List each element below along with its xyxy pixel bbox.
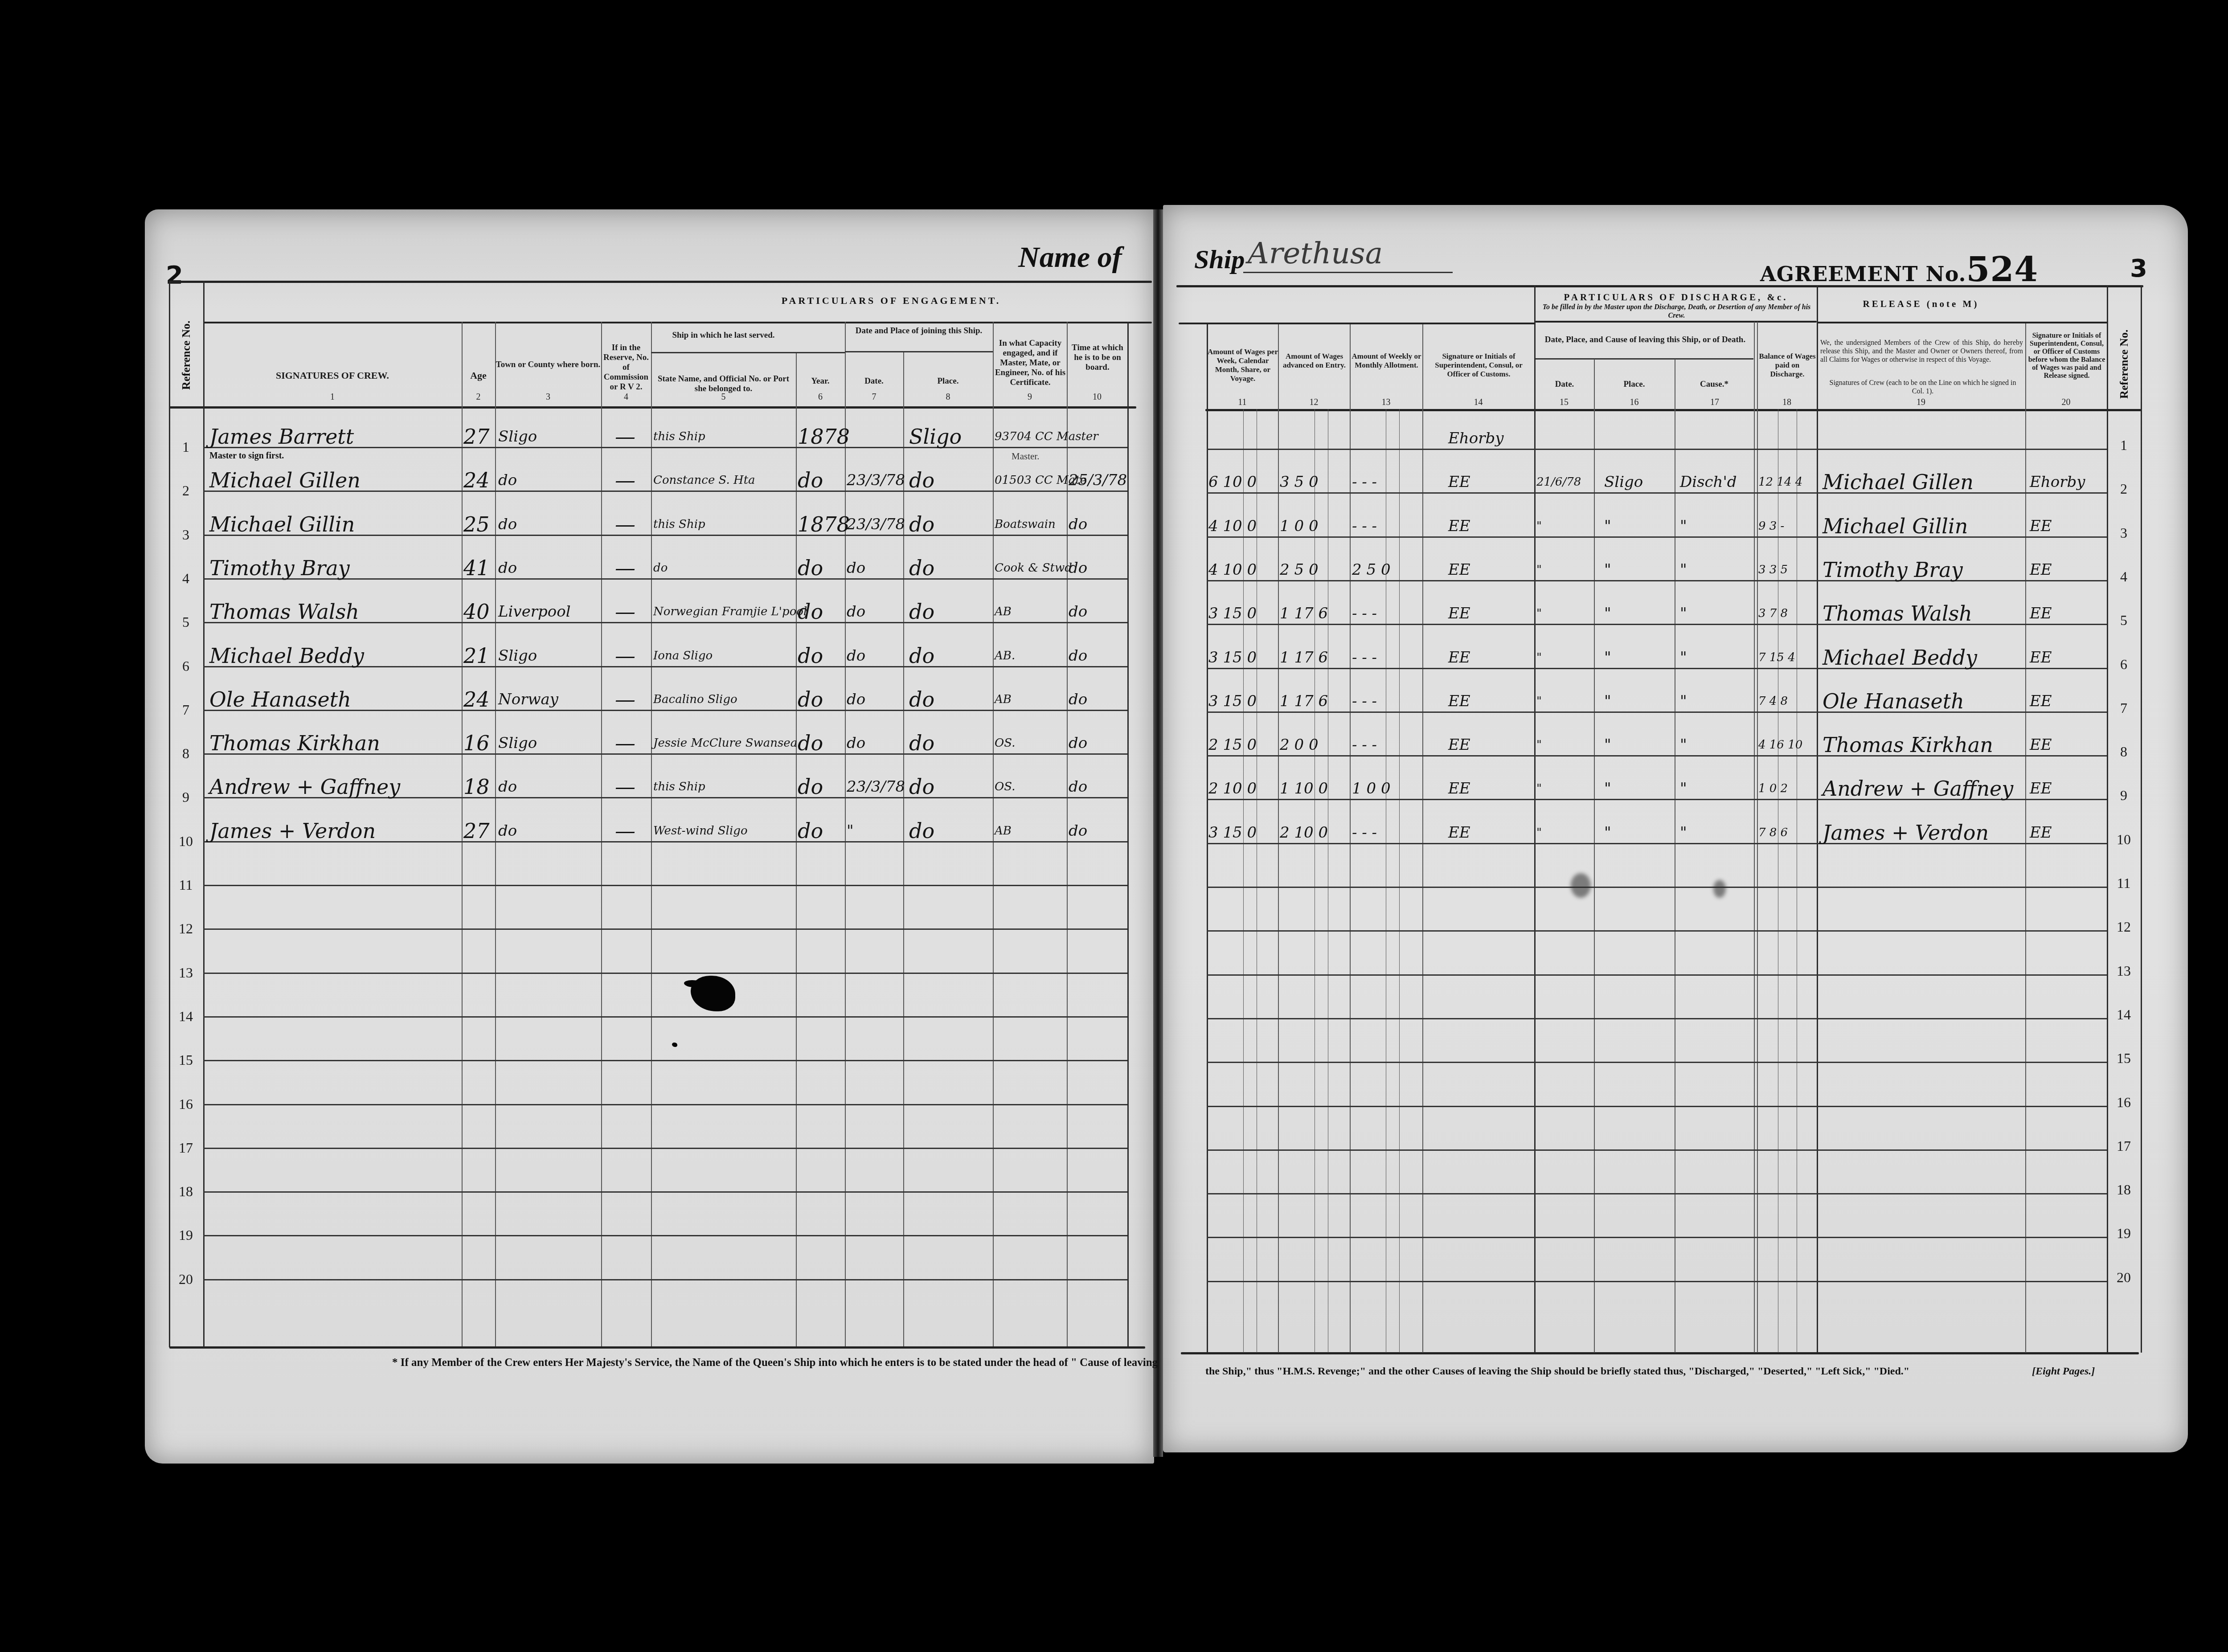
- crew-signature: Thomas Kirkhan: [209, 732, 380, 754]
- col-divider: [1757, 322, 1758, 1353]
- left-header-rule: [203, 322, 1152, 323]
- allotment: - - -: [1352, 515, 1377, 537]
- wage-rate: 2 15 0: [1208, 734, 1257, 756]
- capacity: Cook & Stwd: [995, 557, 1072, 579]
- header-year: Year.: [796, 376, 845, 386]
- reference-number: 8: [2110, 744, 2137, 760]
- col-divider: [203, 281, 205, 1347]
- ink-dot: [672, 1043, 677, 1047]
- header-time-on-board: Time at which he is to be on board.: [1068, 343, 1127, 372]
- officer-initials: EE: [2030, 690, 2052, 712]
- reference-number: 5: [172, 614, 199, 630]
- superintendent-initials: EE: [1448, 471, 1470, 493]
- money-subcolumn-line: [1315, 409, 1315, 1353]
- join-year: 1878: [798, 513, 850, 536]
- header-age: Age: [462, 370, 495, 381]
- reference-number: 19: [2110, 1225, 2137, 1242]
- join-year: do: [798, 732, 823, 754]
- allotment: - - -: [1352, 734, 1377, 756]
- header-balance: Balance of Wages paid on Discharge.: [1758, 352, 1817, 379]
- discharge-place: ": [1604, 734, 1611, 756]
- last-ship: this Ship: [653, 425, 705, 448]
- balance-paid: 7 4 8: [1758, 690, 1788, 712]
- reference-number: 11: [2110, 875, 2137, 891]
- birthplace: Sligo: [498, 732, 537, 754]
- join-date: ": [847, 820, 854, 842]
- join-place: do: [909, 557, 934, 579]
- right-border: [2141, 285, 2142, 1353]
- header-discharge-date: Date.: [1535, 380, 1594, 389]
- advance: 1 17 6: [1280, 602, 1328, 625]
- reference-number: 11: [172, 877, 199, 893]
- capacity: 93704 CC Master: [995, 425, 1098, 448]
- money-subcolumn-line: [1243, 409, 1244, 1353]
- discharge-place: ": [1604, 646, 1611, 669]
- join-date: 23/3/78: [847, 776, 905, 798]
- col-divider: [1594, 359, 1595, 1353]
- discharge-place: ": [1604, 690, 1611, 712]
- agreement-label: AGREEMENT No.524: [1760, 249, 2038, 289]
- allotment: 2 5 0: [1352, 559, 1391, 581]
- column-number: 1: [203, 392, 462, 402]
- section-discharge: PARTICULARS OF DISCHARGE, &c.: [1535, 292, 1817, 303]
- discharge-cause: ": [1680, 690, 1687, 712]
- row-rule: [1207, 887, 2107, 888]
- header-place: Place.: [903, 376, 993, 386]
- column-number: 13: [1350, 397, 1422, 408]
- reserve-number: —: [615, 601, 635, 623]
- discharge-date: ": [1536, 515, 1542, 537]
- row-rule: [203, 1235, 1127, 1236]
- time-on-board: do: [1069, 513, 1087, 536]
- age: 27: [463, 820, 490, 842]
- left-header-bottom-rule: [169, 406, 1136, 409]
- col-divider: [495, 322, 496, 1346]
- join-date: do: [847, 601, 865, 623]
- join-place: do: [909, 688, 934, 711]
- reference-number: 12: [172, 920, 199, 937]
- left-border: [169, 281, 170, 1347]
- join-date: do: [847, 557, 865, 579]
- reserve-number: —: [615, 688, 635, 711]
- agreement-number: 524: [1966, 249, 2039, 289]
- advance: 1 0 0: [1280, 515, 1319, 537]
- row-rule: [1207, 1106, 2107, 1107]
- join-date: do: [847, 688, 865, 711]
- balance-paid: 1 0 2: [1758, 777, 1788, 800]
- header-rule: [1179, 323, 1535, 324]
- release-text: We, the undersigned Members of the Crew …: [1820, 339, 2023, 364]
- row-rule: [203, 1016, 1127, 1018]
- discharge-date: ": [1536, 734, 1542, 756]
- column-number: 16: [1594, 397, 1675, 408]
- crew-signature: Michael Gillen: [209, 469, 360, 491]
- officer-initials: EE: [2030, 559, 2052, 581]
- discharge-cause: ": [1680, 734, 1687, 756]
- column-number: 14: [1422, 397, 1534, 408]
- birthplace: Liverpool: [498, 601, 571, 623]
- advance: 2 5 0: [1280, 559, 1319, 581]
- crew-signature: Thomas Walsh: [209, 601, 359, 623]
- reference-number: 10: [2110, 831, 2137, 848]
- birthplace: do: [498, 820, 517, 842]
- discharge-date: ": [1536, 646, 1542, 669]
- section-engagement: PARTICULARS OF ENGAGEMENT.: [758, 295, 1025, 307]
- last-ship: do: [653, 557, 668, 579]
- age: 27: [463, 425, 490, 448]
- balance-paid: 7 8 6: [1758, 822, 1788, 844]
- column-number: 11: [1207, 397, 1278, 408]
- join-year: do: [798, 688, 823, 711]
- capacity: AB.: [995, 645, 1015, 667]
- discharge-cause: ": [1680, 646, 1687, 669]
- stain: [1713, 880, 1726, 898]
- right-header-bottom-rule: [1205, 409, 2141, 411]
- col-divider: [845, 322, 846, 1346]
- join-place: do: [909, 645, 934, 667]
- col-divider: [651, 322, 652, 1346]
- capacity: AB: [995, 601, 1012, 623]
- allotment: 1 0 0: [1352, 777, 1391, 800]
- row-rule: [203, 1148, 1127, 1149]
- superintendent-initials: Ehorby: [1448, 427, 1503, 450]
- reference-number: 1: [172, 439, 199, 455]
- col-divider: [1350, 324, 1351, 1353]
- capacity: OS.: [995, 776, 1015, 798]
- row-rule: [1207, 1018, 2107, 1019]
- allotment: - - -: [1352, 602, 1377, 625]
- column-number: 20: [2025, 397, 2107, 408]
- discharge-cause: ": [1680, 515, 1687, 537]
- reference-number: 10: [172, 833, 199, 850]
- join-year: do: [798, 776, 823, 798]
- discharge-date: 21/6/78: [1536, 471, 1581, 493]
- ship-name-underline: [1243, 272, 1453, 273]
- last-ship: Norwegian Framjie L'pool: [653, 601, 807, 623]
- advance: 2 0 0: [1280, 734, 1319, 756]
- header-reserve: If in the Reserve, No. of Commission or …: [601, 343, 651, 392]
- reference-number: 16: [2110, 1094, 2137, 1111]
- time-on-board: do: [1069, 557, 1087, 579]
- col-divider: [1534, 285, 1536, 1353]
- right-footer-note: the Ship," thus "H.M.S. Revenge;" and th…: [1205, 1366, 1909, 1378]
- col-divider: [2025, 323, 2026, 1353]
- ship-label: Ship: [1194, 244, 1245, 275]
- crew-signature: James Barrett: [209, 425, 354, 448]
- header-rule: [1535, 321, 1817, 323]
- join-place: Sligo: [909, 425, 962, 448]
- join-year: do: [798, 469, 823, 491]
- discharge-date: ": [1536, 602, 1542, 625]
- column-number: 15: [1534, 397, 1594, 408]
- join-date: 23/3/78: [847, 513, 905, 536]
- capacity: OS.: [995, 732, 1015, 754]
- row-rule: [203, 1279, 1127, 1280]
- reference-number: 13: [172, 965, 199, 981]
- allotment: - - -: [1352, 471, 1377, 493]
- reference-number: 18: [172, 1183, 199, 1200]
- row-rule: [1207, 1281, 2107, 1282]
- discharge-date: ": [1536, 777, 1542, 800]
- release-signature: James + Verdon: [1823, 822, 1989, 844]
- advance: 3 5 0: [1280, 471, 1319, 493]
- last-ship: Bacalino Sligo: [653, 688, 737, 711]
- reference-number: 6: [172, 658, 199, 675]
- column-number: 8: [903, 392, 993, 402]
- row-rule: [1207, 536, 2107, 538]
- header-discharge-place: Place.: [1594, 380, 1675, 389]
- release-signature: Thomas Walsh: [1823, 602, 1972, 625]
- time-on-board: do: [1069, 601, 1087, 623]
- last-ship: this Ship: [653, 513, 705, 536]
- discharge-place: ": [1604, 602, 1611, 625]
- join-year: do: [798, 601, 823, 623]
- header-ship-last-served: Ship in which he last served.: [651, 331, 796, 340]
- column-number: 9: [993, 392, 1067, 402]
- join-date: do: [847, 645, 865, 667]
- wage-rate: 3 15 0: [1208, 690, 1257, 712]
- right-page-number: 3: [2130, 254, 2147, 283]
- reference-number: 4: [172, 570, 199, 587]
- row-rule: [203, 928, 1127, 930]
- stain: [1571, 873, 1591, 898]
- reserve-number: —: [615, 732, 635, 754]
- discharge-place: Sligo: [1604, 471, 1643, 493]
- column-number: 4: [601, 392, 651, 402]
- officer-initials: EE: [2030, 602, 2052, 625]
- wage-rate: 4 10 0: [1208, 515, 1257, 537]
- discharge-date: ": [1536, 822, 1542, 844]
- join-year: do: [798, 820, 823, 842]
- title-name-of: Name of: [1018, 241, 1122, 274]
- release-signature: Andrew + Gaffney: [1823, 777, 2013, 800]
- row-rule: [203, 1191, 1127, 1193]
- row-rule: [1207, 1237, 2107, 1238]
- release-signature-label: Signatures of Crew (each to be on the Li…: [1827, 379, 2019, 396]
- join-place: do: [909, 601, 934, 623]
- header-capacity: In what Capacity engaged, and if Master,…: [994, 339, 1067, 388]
- advance: 1 17 6: [1280, 690, 1328, 712]
- header-town: Town or County where born.: [495, 360, 601, 370]
- release-signature: Thomas Kirkhan: [1823, 734, 1993, 756]
- capacity: Boatswain: [995, 513, 1056, 536]
- col-divider: [1817, 285, 1818, 1353]
- birthplace: Sligo: [498, 425, 537, 448]
- row-rule: [203, 1104, 1127, 1105]
- row-rule: [1207, 1193, 2107, 1194]
- header-signatures: SIGNATURES OF CREW.: [203, 370, 462, 381]
- reference-number: 3: [2110, 525, 2137, 541]
- discharge-date: ": [1536, 559, 1542, 581]
- crew-signature: Timothy Bray: [209, 557, 350, 579]
- left-footer-note: * If any Member of the Crew enters Her M…: [392, 1357, 1158, 1369]
- header-discharge-cause: Cause.*: [1675, 380, 1754, 389]
- subheader-rule: [1535, 358, 1753, 360]
- superintendent-initials: EE: [1448, 559, 1470, 581]
- join-year: do: [798, 557, 823, 579]
- money-subcolumn-line: [1328, 409, 1328, 1353]
- crew-signature: Michael Beddy: [209, 645, 364, 667]
- header-ship-name: State Name, and Official No. or Port she…: [653, 374, 794, 394]
- superintendent-initials: EE: [1448, 602, 1470, 625]
- reserve-number: —: [615, 557, 635, 579]
- age: 25: [463, 513, 490, 536]
- reference-number: 16: [172, 1096, 199, 1112]
- row-rule: [203, 885, 1127, 886]
- last-ship: Jessie McClure Swansea: [653, 732, 797, 754]
- reference-number: 19: [172, 1227, 199, 1243]
- row-rule: [1207, 712, 2107, 713]
- reserve-number: —: [615, 820, 635, 842]
- money-subcolumn-line: [1386, 409, 1386, 1353]
- age: 41: [463, 557, 490, 579]
- reference-number: 2: [172, 483, 199, 499]
- row-rule: [1207, 1062, 2107, 1063]
- reserve-number: —: [615, 776, 635, 798]
- last-ship: West-wind Sligo: [653, 820, 748, 842]
- release-signature: Michael Beddy: [1823, 646, 1977, 669]
- col-divider: [601, 322, 602, 1346]
- col-divider: [1754, 322, 1755, 1353]
- agreement-label-text: AGREEMENT No.: [1760, 262, 1966, 286]
- officer-initials: EE: [2030, 822, 2052, 844]
- join-place: do: [909, 776, 934, 798]
- discharge-place: ": [1604, 777, 1611, 800]
- join-year: 1878: [798, 425, 850, 448]
- join-place: do: [909, 513, 934, 536]
- reference-number: 4: [2110, 568, 2137, 585]
- capacity: AB: [995, 820, 1012, 842]
- right-table-top-rule: [1176, 285, 2143, 287]
- join-place: do: [909, 732, 934, 754]
- release-signature: Michael Gillen: [1823, 471, 1974, 493]
- birthplace: do: [498, 557, 517, 579]
- reference-number: 15: [172, 1052, 199, 1068]
- header-advance: Amount of Wages advanced on Entry.: [1279, 352, 1350, 370]
- release-signature: Ole Hanaseth: [1823, 690, 1964, 712]
- header-allotment: Amount of Weekly or Monthly Allotment.: [1351, 352, 1422, 370]
- header-officer-signature: Signature or Initials of Superintendent,…: [2027, 332, 2107, 380]
- time-on-board: do: [1069, 688, 1087, 711]
- age: 16: [463, 732, 490, 754]
- crew-signature: Andrew + Gaffney: [209, 776, 400, 798]
- discharge-place: ": [1604, 515, 1611, 537]
- row-rule: [1207, 580, 2107, 581]
- subheader-rule: [845, 351, 993, 352]
- officer-initials: EE: [2030, 777, 2052, 800]
- release-signature: Michael Gillin: [1823, 515, 1968, 537]
- reference-number: 9: [2110, 787, 2137, 804]
- row-rule: [203, 1060, 1127, 1061]
- column-number: 18: [1757, 397, 1817, 408]
- left-page-number: 2: [166, 261, 183, 290]
- join-year: do: [798, 645, 823, 667]
- row-rule: [1207, 974, 2107, 976]
- last-ship: this Ship: [653, 776, 705, 798]
- row-rule: [1207, 449, 2107, 450]
- birthplace: Sligo: [498, 645, 537, 667]
- join-place: do: [909, 820, 934, 842]
- section-release: RELEASE (note M): [1817, 299, 2025, 310]
- reference-number: 20: [2110, 1269, 2137, 1286]
- col-divider: [1127, 322, 1129, 1346]
- crew-signature: Ole Hanaseth: [209, 688, 351, 711]
- left-table-bottom-rule: [169, 1346, 1145, 1349]
- column-number: 5: [651, 392, 796, 402]
- col-divider: [2107, 285, 2108, 1353]
- time-on-board: do: [1069, 776, 1087, 798]
- col-divider: [1675, 359, 1675, 1353]
- reserve-number: —: [615, 645, 635, 667]
- wage-rate: 3 15 0: [1208, 602, 1257, 625]
- last-ship: Iona Sligo: [653, 645, 713, 667]
- col-divider: [903, 352, 904, 1346]
- column-number: 2: [462, 392, 495, 402]
- col-divider: [1422, 324, 1423, 1353]
- reference-number: 2: [2110, 481, 2137, 497]
- crew-signature: Michael Gillin: [209, 513, 355, 536]
- wage-rate: 2 10 0: [1208, 777, 1257, 800]
- discharge-cause: ": [1680, 777, 1687, 800]
- crew-signature: James + Verdon: [209, 820, 376, 842]
- reference-number: 7: [172, 702, 199, 718]
- column-number: 6: [796, 392, 845, 402]
- header-discharge-group: Date, Place, and Cause of leaving this S…: [1536, 335, 1754, 345]
- header-wages: Amount of Wages per Week, Calendar Month…: [1208, 348, 1278, 383]
- money-subcolumn-line: [1797, 409, 1797, 1353]
- birthplace: do: [498, 513, 517, 536]
- discharge-cause: ": [1680, 559, 1687, 581]
- left-reference-label: Reference No.: [180, 301, 193, 390]
- column-number: 10: [1067, 392, 1127, 402]
- allotment: - - -: [1352, 822, 1377, 844]
- age: 18: [463, 776, 490, 798]
- officer-initials: EE: [2030, 734, 2052, 756]
- column-number: 3: [495, 392, 601, 402]
- balance-paid: 12 14 4: [1758, 471, 1802, 493]
- officer-initials: Ehorby: [2030, 471, 2085, 493]
- reserve-number: —: [615, 513, 635, 536]
- time-on-board: do: [1069, 645, 1087, 667]
- reference-number: 3: [172, 527, 199, 543]
- balance-paid: 9 3 -: [1758, 515, 1784, 537]
- header-rule: [1817, 322, 2108, 323]
- discharge-cause: Disch'd: [1680, 471, 1737, 493]
- advance: 1 10 0: [1280, 777, 1328, 800]
- officer-initials: EE: [2030, 515, 2052, 537]
- right-table-bottom-rule: [1181, 1352, 2139, 1354]
- birthplace: do: [498, 469, 517, 491]
- advance: 2 10 0: [1280, 822, 1328, 844]
- superintendent-initials: EE: [1448, 777, 1470, 800]
- birthplace: Norway: [498, 688, 558, 711]
- right-reference-label: Reference No.: [2117, 310, 2131, 399]
- join-date: do: [847, 732, 865, 754]
- reference-number: 20: [172, 1271, 199, 1288]
- subheader-rule: [651, 352, 845, 353]
- master-label: Master.: [1012, 451, 1039, 462]
- money-subcolumn-line: [1399, 409, 1400, 1353]
- reference-number: 1: [2110, 437, 2137, 454]
- reference-number: 13: [2110, 963, 2137, 979]
- column-number: 12: [1278, 397, 1350, 408]
- reference-number: 5: [2110, 612, 2137, 629]
- column-number: 7: [845, 392, 903, 402]
- col-divider: [993, 322, 994, 1346]
- superintendent-initials: EE: [1448, 646, 1470, 669]
- section-discharge-sub: To be filled in by the Master upon the D…: [1537, 303, 1816, 320]
- age: 24: [463, 469, 490, 491]
